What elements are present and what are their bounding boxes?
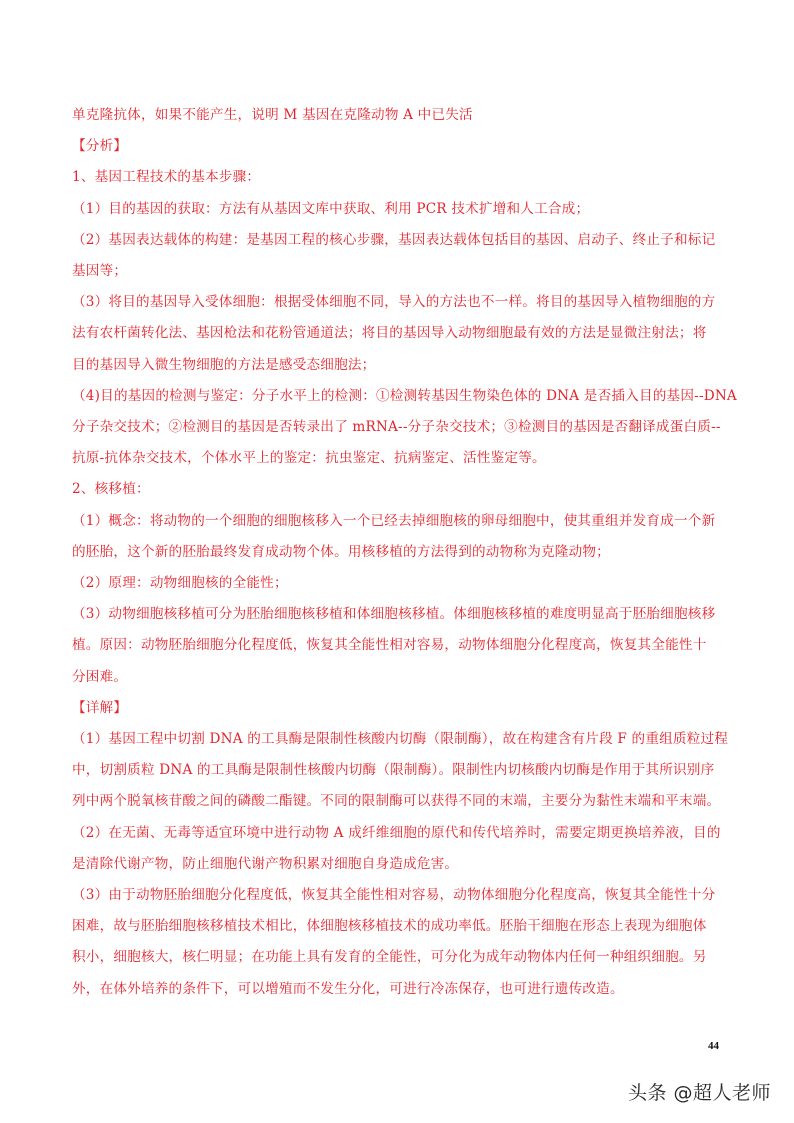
text-line: 的胚胎，这个新的胚胎最终发育成动物个体。用核移植的方法得到的动物称为克隆动物；: [72, 537, 724, 568]
text-line: 外，在体外培养的条件下，可以增殖而不发生分化，可进行冷冻保存，也可进行遗传改造。: [72, 974, 724, 1005]
document-body: 单克隆抗体，如果不能产生，说明 M 基因在克隆动物 A 中已失活 【分析】 1、…: [72, 100, 724, 1005]
page-number: 44: [708, 1040, 719, 1052]
text-line: （3）将目的基因导入受体细胞：根据受体细胞不同，导入的方法也不一样。将目的基因导…: [72, 287, 724, 318]
text-line: 列中两个脱氧核苷酸之间的磷酸二酯键。不同的限制酶可以获得不同的末端，主要分为黏性…: [72, 786, 724, 817]
text-line: 分子杂交技术；②检测目的基因是否转录出了 mRNA--分子杂交技术；③检测目的基…: [72, 412, 724, 443]
section-heading-analysis: 【分析】: [72, 131, 724, 162]
text-line: 中，切割质粒 DNA 的工具酶是限制性核酸内切酶（限制酶）。限制性内切核酸内切酶…: [72, 755, 724, 786]
text-line: （1）概念：将动物的一个细胞的细胞核移入一个已经去掉细胞核的卵母细胞中，使其重组…: [72, 506, 724, 537]
section-heading-explanation: 【详解】: [72, 693, 724, 724]
text-line: 2、核移植：: [72, 474, 724, 505]
text-line: 1、基因工程技术的基本步骤：: [72, 162, 724, 193]
text-line: （3）动物细胞核移植可分为胚胎细胞核移植和体细胞核移植。体细胞核移植的难度明显高…: [72, 599, 724, 630]
text-line: （1）目的基因的获取：方法有从基因文库中获取、利用 PCR 技术扩增和人工合成；: [72, 194, 724, 225]
text-line: 是清除代谢产物，防止细胞代谢产物积累对细胞自身造成危害。: [72, 849, 724, 880]
text-line: 目的基因导入微生物细胞的方法是感受态细胞法；: [72, 350, 724, 381]
text-line: 困难，故与胚胎细胞核移植技术相比，体细胞核移植技术的成功率低。胚胎干细胞在形态上…: [72, 911, 724, 942]
text-line: 单克隆抗体，如果不能产生，说明 M 基因在克隆动物 A 中已失活: [72, 100, 724, 131]
text-line: 积小，细胞核大，核仁明显；在功能上具有发育的全能性，可分化为成年动物体内任何一种…: [72, 942, 724, 973]
text-line: 法有农杆菌转化法、基因枪法和花粉管通道法；将目的基因导入动物细胞最有效的方法是显…: [72, 318, 724, 349]
text-line: 抗原-抗体杂交技术，个体水平上的鉴定：抗虫鉴定、抗病鉴定、活性鉴定等。: [72, 443, 724, 474]
text-line: 基因等；: [72, 256, 724, 287]
watermark: 头条 @超人老师: [628, 1078, 771, 1105]
text-line: （1）基因工程中切割 DNA 的工具酶是限制性核酸内切酶（限制酶），故在构建含有…: [72, 724, 724, 755]
text-line: （3）由于动物胚胎细胞分化程度低，恢复其全能性相对容易，动物体细胞分化程度高，恢…: [72, 880, 724, 911]
text-line: （2）基因表达载体的构建：是基因工程的核心步骤，基因表达载体包括目的基因、启动子…: [72, 225, 724, 256]
text-line: （2）原理：动物细胞核的全能性；: [72, 568, 724, 599]
text-line: （2）在无菌、无毒等适宜环境中进行动物 A 成纤维细胞的原代和传代培养时，需要定…: [72, 818, 724, 849]
text-line: （4)目的基因的检测与鉴定：分子水平上的检测：①检测转基因生物染色体的 DNA …: [72, 381, 724, 412]
text-line: 植。原因：动物胚胎细胞分化程度低，恢复其全能性相对容易，动物体细胞分化程度高，恢…: [72, 630, 724, 661]
text-line: 分困难。: [72, 662, 724, 693]
